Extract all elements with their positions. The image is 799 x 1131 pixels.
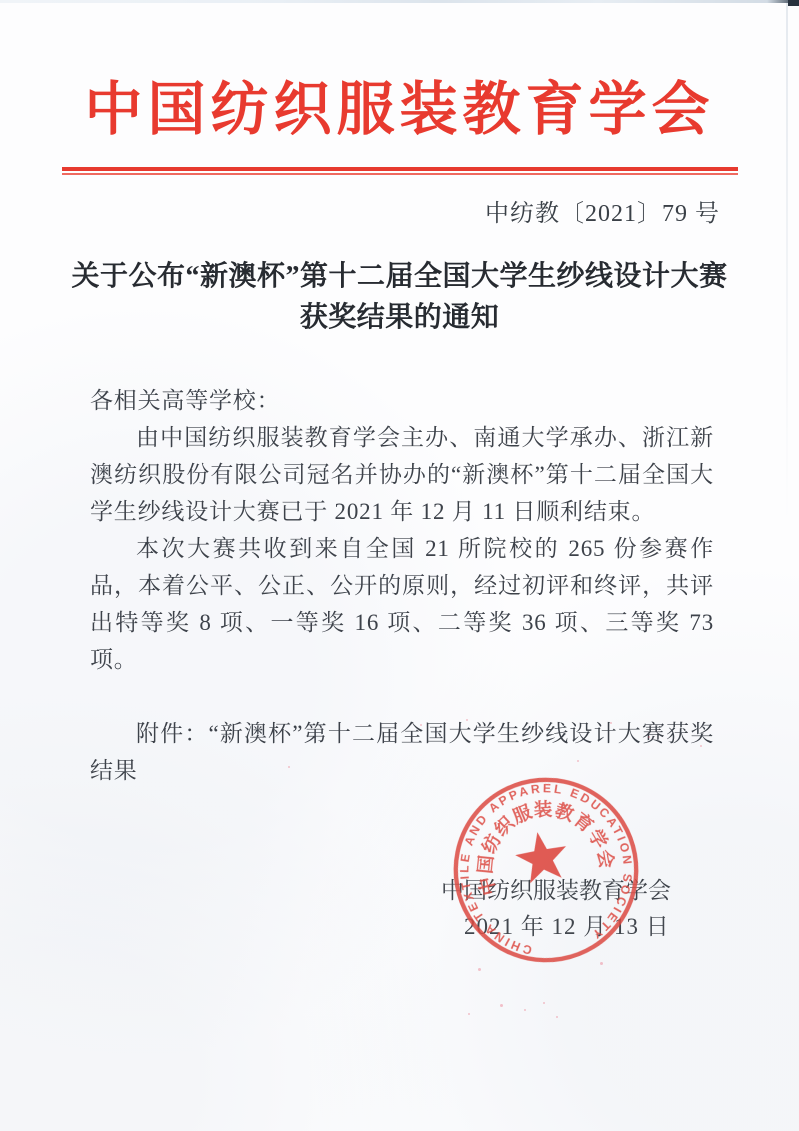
ink-speckle	[577, 760, 579, 762]
official-seal: CHINA TEXTILE AND APPAREL EDUCATION SOCI…	[434, 758, 659, 983]
document-number: 中纺教〔2021〕79 号	[0, 198, 799, 230]
ink-speckle	[556, 1016, 558, 1018]
notice-title-line2: 获奖结果的通知	[0, 297, 799, 338]
ink-speckle	[468, 1013, 470, 1015]
ink-speckle	[466, 719, 468, 721]
ink-speckle	[543, 1002, 545, 1004]
ink-speckle	[524, 1009, 526, 1011]
ink-speckle	[648, 736, 650, 738]
body-paragraph: 由中国纺织服装教育学会主办、南通大学承办、浙江新澳纺织股份有限公司冠名并协办的“…	[90, 419, 714, 530]
scan-artifact-corner-mark	[788, 0, 799, 6]
salutation: 各相关高等学校：	[90, 382, 714, 419]
notice-title: 关于公布“新澳杯”第十二届全国大学生纱线设计大赛 获奖结果的通知	[0, 256, 799, 338]
star-icon	[512, 828, 571, 885]
scanned-notice-page: 中国纺织服装教育学会 中纺教〔2021〕79 号 关于公布“新澳杯”第十二届全国…	[0, 0, 799, 1131]
divider-thin-line	[62, 173, 738, 175]
notice-title-line1: 关于公布“新澳杯”第十二届全国大学生纱线设计大赛	[0, 256, 799, 297]
notice-body: 各相关高等学校： 由中国纺织服装教育学会主办、南通大学承办、浙江新澳纺织股份有限…	[90, 382, 714, 789]
ink-speckle	[420, 724, 422, 726]
scan-artifact-top-edge	[0, 0, 799, 3]
ink-speckle	[288, 766, 290, 768]
letterhead-title: 中国纺织服装教育学会	[0, 62, 799, 158]
ink-speckle	[500, 1004, 503, 1007]
letterhead-divider	[62, 167, 738, 175]
ink-speckle	[600, 962, 603, 965]
body-paragraph: 本次大赛共收到来自全国 21 所院校的 265 份参赛作品，本着公平、公正、公开…	[90, 530, 714, 678]
ink-speckle	[700, 745, 702, 747]
ink-speckle	[610, 722, 612, 724]
